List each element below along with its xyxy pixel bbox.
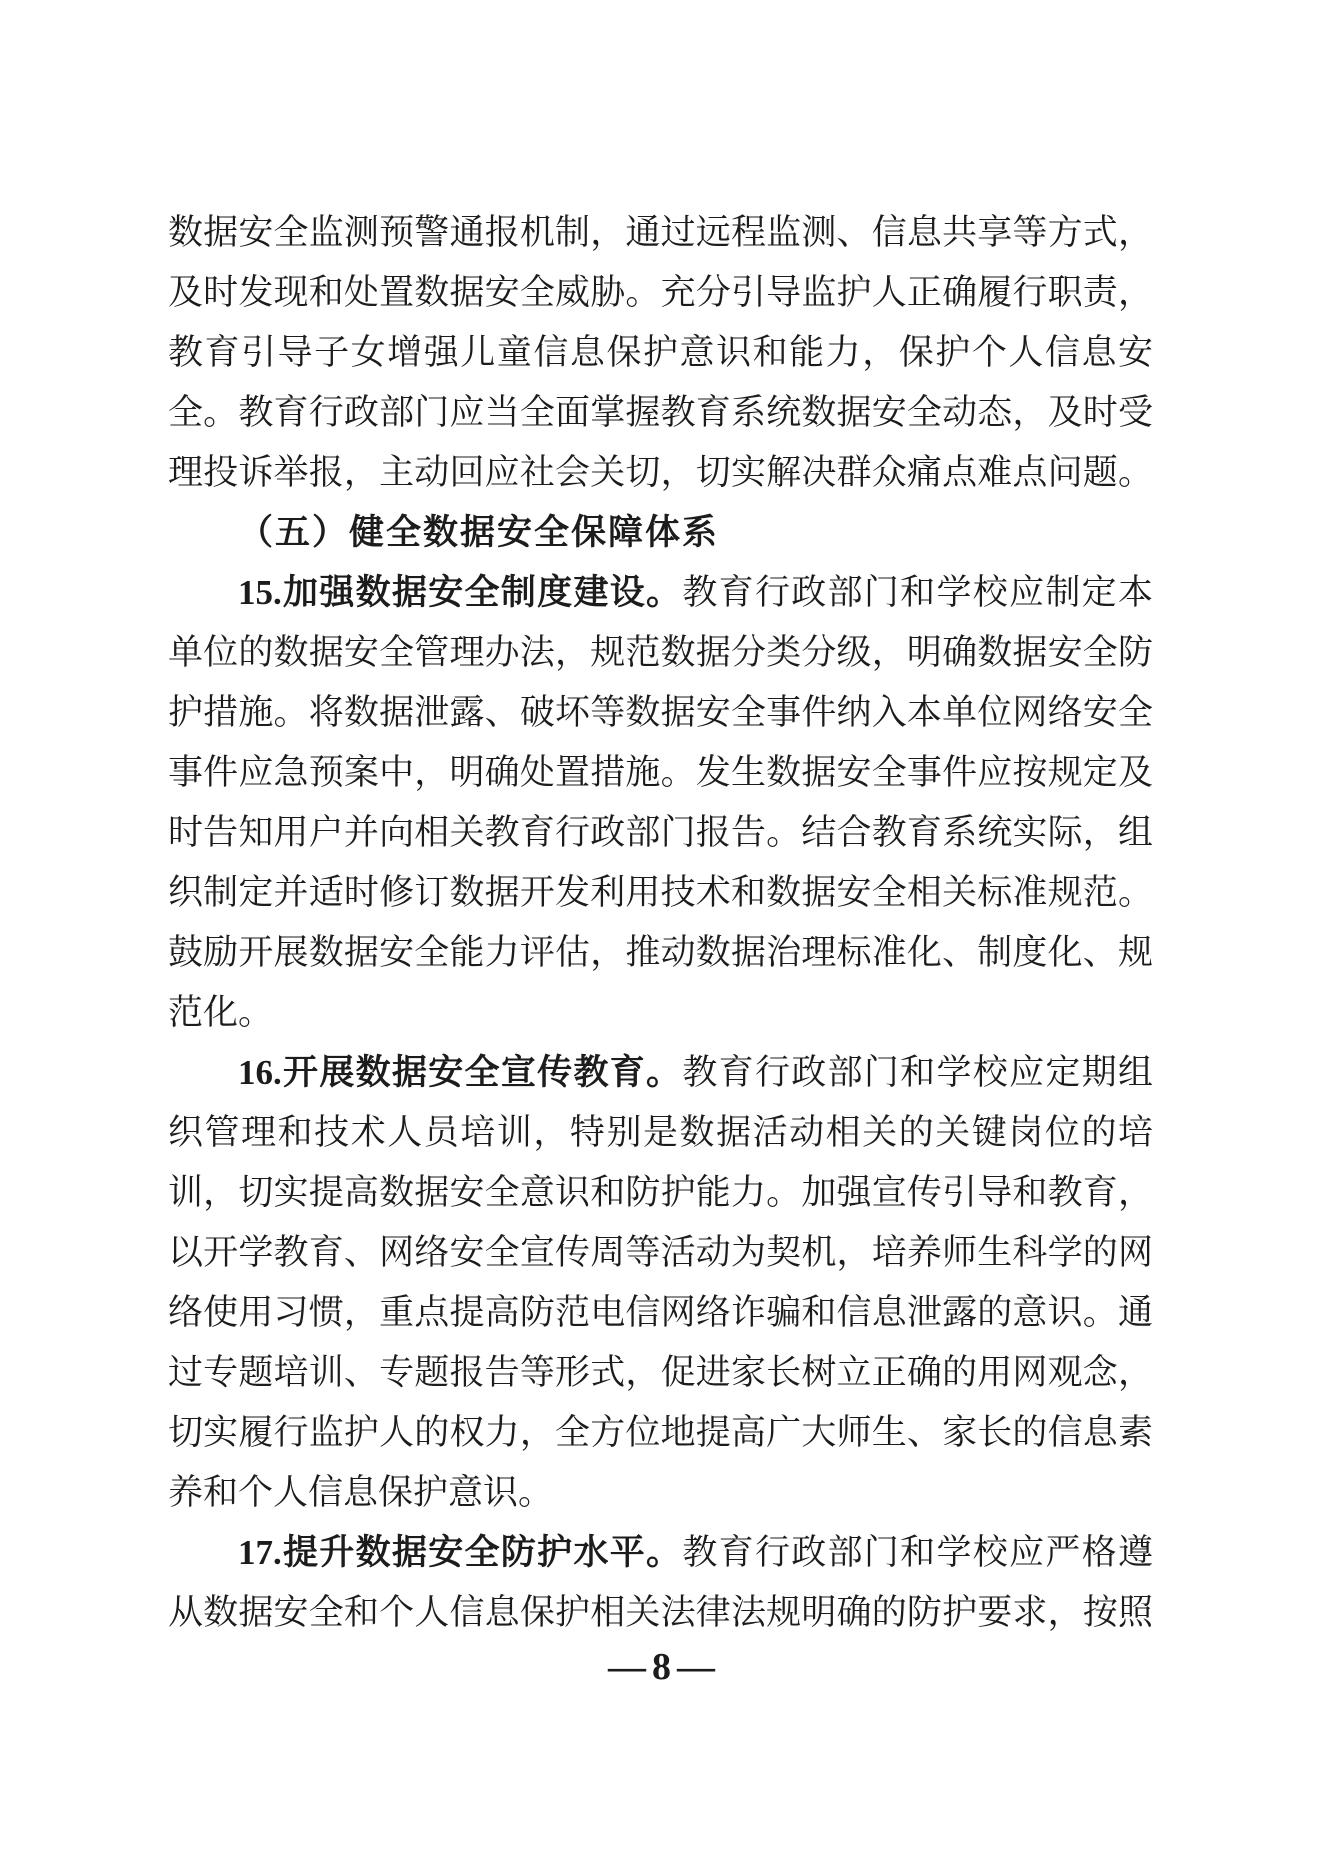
- body-text: 护措施。将数据泄露、破坏等数据安全事件纳入本单位网络安全: [168, 693, 1153, 732]
- document-page: 数据安全监测预警通报机制，通过远程监测、信息共享等方式，及时发现和处置数据安全威…: [0, 0, 1323, 1871]
- footer-left-dash: —: [608, 1646, 646, 1688]
- emphasis-text: 16.开展数据安全宣传教育。: [238, 1053, 682, 1092]
- body-text: 以开学教育、网络安全宣传周等活动为契机，培养师生科学的网: [168, 1233, 1153, 1272]
- text-line: 教育引导子女增强儿童信息保护意识和能力，保护个人信息安: [168, 323, 1153, 383]
- text-line: 训，切实提高数据安全意识和防护能力。加强宣传引导和教育，: [168, 1163, 1153, 1223]
- text-line: 从数据安全和个人信息保护相关法律法规明确的防护要求，按照: [168, 1583, 1153, 1643]
- body-text: 过专题培训、专题报告等形式，促进家长树立正确的用网观念，: [168, 1353, 1153, 1392]
- body-text: 教育行政部门和学校应严格遵: [682, 1533, 1153, 1572]
- body-text: 教育行政部门和学校应定期组: [682, 1053, 1153, 1092]
- body-text: 及时发现和处置数据安全威胁。充分引导监护人正确履行职责，: [168, 273, 1153, 312]
- text-line: 鼓励开展数据安全能力评估，推动数据治理标准化、制度化、规: [168, 923, 1153, 983]
- body-text: 范化。: [168, 993, 273, 1032]
- body-text: 络使用习惯，重点提高防范电信网络诈骗和信息泄露的意识。通: [168, 1293, 1153, 1332]
- body-text: 事件应急预案中，明确处置措施。发生数据安全事件应按规定及: [168, 753, 1153, 792]
- text-line: 切实履行监护人的权力，全方位地提高广大师生、家长的信息素: [168, 1403, 1153, 1463]
- emphasis-text: 17.提升数据安全防护水平。: [238, 1533, 682, 1572]
- text-line: 络使用习惯，重点提高防范电信网络诈骗和信息泄露的意识。通: [168, 1283, 1153, 1343]
- body-text: 数据安全监测预警通报机制，通过远程监测、信息共享等方式，: [168, 213, 1153, 252]
- body-text: 教育引导子女增强儿童信息保护意识和能力，保护个人信息安: [168, 333, 1153, 372]
- body-text: 训，切实提高数据安全意识和防护能力。加强宣传引导和教育，: [168, 1173, 1153, 1212]
- body-text: 从数据安全和个人信息保护相关法律法规明确的防护要求，按照: [168, 1593, 1153, 1632]
- body-text: 鼓励开展数据安全能力评估，推动数据治理标准化、制度化、规: [168, 933, 1153, 972]
- text-line: 15.加强数据安全制度建设。教育行政部门和学校应制定本: [168, 563, 1153, 623]
- text-line: 织管理和技术人员培训，特别是数据活动相关的关键岗位的培: [168, 1103, 1153, 1163]
- document-body: 数据安全监测预警通报机制，通过远程监测、信息共享等方式，及时发现和处置数据安全威…: [168, 203, 1153, 1643]
- page-footer: —8—: [0, 1645, 1323, 1689]
- body-text: 全。教育行政部门应当全面掌握教育系统数据安全动态，及时受: [168, 393, 1153, 432]
- text-line: 事件应急预案中，明确处置措施。发生数据安全事件应按规定及: [168, 743, 1153, 803]
- text-line: 及时发现和处置数据安全威胁。充分引导监护人正确履行职责，: [168, 263, 1153, 323]
- text-line: 理投诉举报，主动回应社会关切，切实解决群众痛点难点问题。: [168, 443, 1153, 503]
- text-line: 16.开展数据安全宣传教育。教育行政部门和学校应定期组: [168, 1043, 1153, 1103]
- section-heading-line: （五）健全数据安全保障体系: [168, 503, 1153, 563]
- text-line: 范化。: [168, 983, 1153, 1043]
- body-text: 教育行政部门和学校应制定本: [682, 573, 1153, 612]
- body-text: 织管理和技术人员培训，特别是数据活动相关的关键岗位的培: [168, 1113, 1153, 1152]
- body-text: 切实履行监护人的权力，全方位地提高广大师生、家长的信息素: [168, 1413, 1153, 1452]
- text-line: 养和个人信息保护意识。: [168, 1463, 1153, 1523]
- emphasis-text: 15.加强数据安全制度建设。: [238, 573, 682, 612]
- body-text: 养和个人信息保护意识。: [168, 1473, 553, 1512]
- text-line: 17.提升数据安全防护水平。教育行政部门和学校应严格遵: [168, 1523, 1153, 1583]
- body-text: 单位的数据安全管理办法，规范数据分类分级，明确数据安全防: [168, 633, 1153, 672]
- text-line: 过专题培训、专题报告等形式，促进家长树立正确的用网观念，: [168, 1343, 1153, 1403]
- footer-right-dash: —: [677, 1646, 715, 1688]
- text-line: 数据安全监测预警通报机制，通过远程监测、信息共享等方式，: [168, 203, 1153, 263]
- text-line: 以开学教育、网络安全宣传周等活动为契机，培养师生科学的网: [168, 1223, 1153, 1283]
- text-line: 单位的数据安全管理办法，规范数据分类分级，明确数据安全防: [168, 623, 1153, 683]
- text-line: 全。教育行政部门应当全面掌握教育系统数据安全动态，及时受: [168, 383, 1153, 443]
- text-line: 织制定并适时修订数据开发利用技术和数据安全相关标准规范。: [168, 863, 1153, 923]
- body-text: 时告知用户并向相关教育行政部门报告。结合教育系统实际，组: [168, 813, 1153, 852]
- text-line: 护措施。将数据泄露、破坏等数据安全事件纳入本单位网络安全: [168, 683, 1153, 743]
- emphasis-text: （五）健全数据安全保障体系: [238, 513, 719, 552]
- text-line: 时告知用户并向相关教育行政部门报告。结合教育系统实际，组: [168, 803, 1153, 863]
- body-text: 理投诉举报，主动回应社会关切，切实解决群众痛点难点问题。: [168, 453, 1153, 492]
- body-text: 织制定并适时修订数据开发利用技术和数据安全相关标准规范。: [168, 873, 1153, 912]
- page-number: 8: [652, 1646, 671, 1688]
